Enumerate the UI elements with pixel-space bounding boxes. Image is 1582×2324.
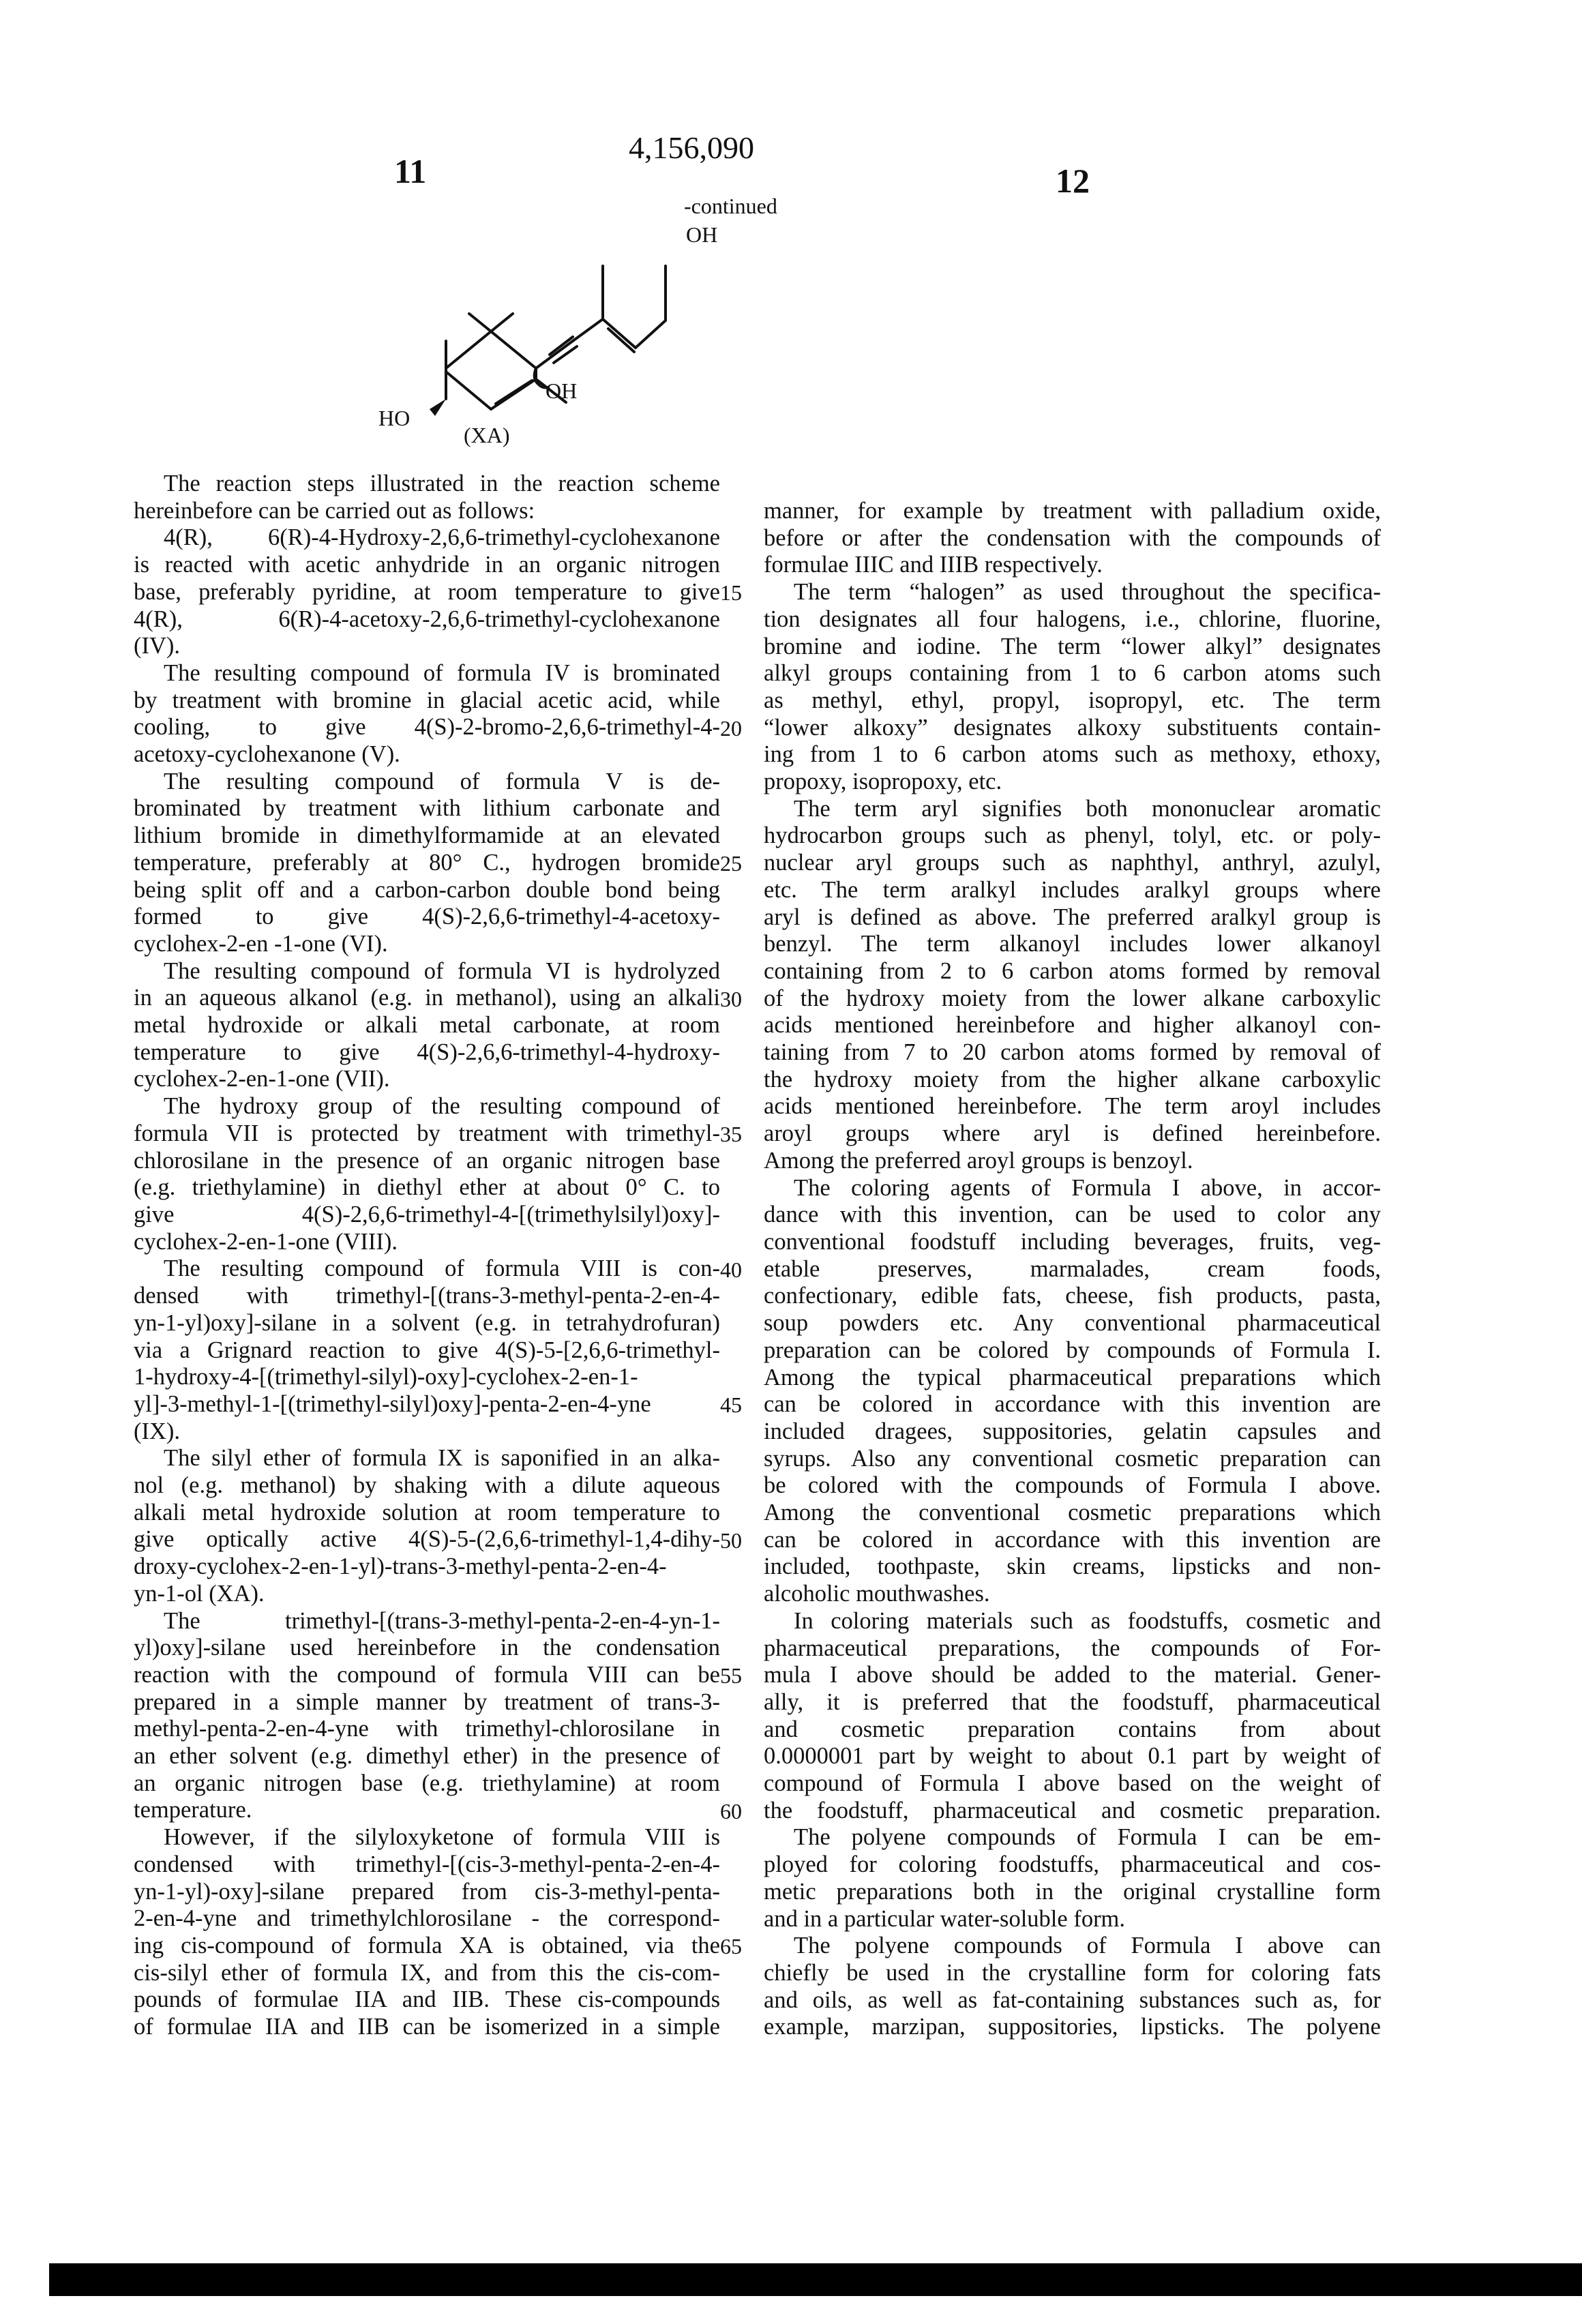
text-line: and in a particular water-soluble form. bbox=[764, 1906, 1381, 1933]
text-line: The coloring agents of Formula I above, … bbox=[764, 1175, 1381, 1202]
text-line: The polyene compounds of Formula I above… bbox=[764, 1933, 1381, 1960]
left-column-text: The reaction steps illustrated in the re… bbox=[134, 471, 720, 2041]
text-line: The polyene compounds of Formula I can b… bbox=[764, 1824, 1381, 1851]
text-line: 4(R), 6(R)-4-acetoxy-2,6,6-trimethyl-cyc… bbox=[134, 606, 720, 634]
text-line: hereinbefore can be carried out as follo… bbox=[134, 498, 720, 525]
text-line: acids mentioned hereinbefore and higher … bbox=[764, 1012, 1381, 1039]
text-line: droxy-cyclohex-2-en-1-yl)-trans-3-methyl… bbox=[134, 1553, 720, 1581]
text-line: an organic nitrogen base (e.g. triethyla… bbox=[134, 1770, 720, 1798]
line-number: 45 bbox=[720, 1392, 742, 1418]
text-line: be colored with the compounds of Formula… bbox=[764, 1472, 1381, 1500]
text-line: containing from 2 to 6 carbon atoms form… bbox=[764, 958, 1381, 985]
scan-border-bar bbox=[49, 2263, 1582, 2296]
text-line: example, marzipan, suppositories, lipsti… bbox=[764, 2014, 1381, 2041]
text-line: alkyl groups containing from 1 to 6 carb… bbox=[764, 660, 1381, 687]
text-line: manner, for example by treatment with pa… bbox=[764, 498, 1381, 525]
text-line: hydrocarbon groups such as phenyl, tolyl… bbox=[764, 822, 1381, 850]
text-line: methyl-penta-2-en-4-yne with trimethyl-c… bbox=[134, 1716, 720, 1743]
text-line: in an aqueous alkanol (e.g. in methanol)… bbox=[134, 985, 720, 1012]
text-line: The resulting compound of formula IV is … bbox=[134, 660, 720, 687]
text-line: tion designates all four halogens, i.e.,… bbox=[764, 606, 1381, 634]
text-line: cyclohex-2-en-1-one (VII). bbox=[134, 1066, 720, 1093]
line-number: 55 bbox=[720, 1663, 742, 1688]
text-line: temperature to give 4(S)-2,6,6-trimethyl… bbox=[134, 1039, 720, 1067]
text-line: yn-1-ol (XA). bbox=[134, 1581, 720, 1608]
text-line: prepared in a simple manner by treatment… bbox=[134, 1689, 720, 1716]
ho-left-label: HO bbox=[378, 406, 410, 431]
text-line: aroyl groups where aryl is defined herei… bbox=[764, 1120, 1381, 1148]
line-number: 65 bbox=[720, 1934, 742, 1959]
text-line: taining from 7 to 20 carbon atoms formed… bbox=[764, 1039, 1381, 1067]
text-line: before or after the condensation with th… bbox=[764, 525, 1381, 552]
text-line: The resulting compound of formula V is d… bbox=[134, 769, 720, 796]
text-line: reaction with the compound of formula VI… bbox=[134, 1662, 720, 1689]
text-line: condensed with trimethyl-[(cis-3-methyl-… bbox=[134, 1851, 720, 1879]
text-line: soup powders etc. Any conventional pharm… bbox=[764, 1310, 1381, 1337]
text-line: included dragees, suppositories, gelatin… bbox=[764, 1418, 1381, 1446]
text-line: lithium bromide in dimethylformamide at … bbox=[134, 822, 720, 850]
text-line: Among the typical pharmaceutical prepara… bbox=[764, 1365, 1381, 1392]
text-line: can be colored in accordance with this i… bbox=[764, 1391, 1381, 1418]
text-line: nuclear aryl groups such as naphthyl, an… bbox=[764, 850, 1381, 877]
oh-top-label: OH bbox=[686, 222, 717, 248]
text-line: metal hydroxide or alkali metal carbonat… bbox=[134, 1012, 720, 1039]
text-line: the hydroxy moiety from the higher alkan… bbox=[764, 1067, 1381, 1094]
text-line: etc. The term aralkyl includes aralkyl g… bbox=[764, 877, 1381, 904]
text-line: yl)oxy]-silane used hereinbefore in the … bbox=[134, 1635, 720, 1662]
text-line: yl]-3-methyl-1-[(trimethyl-silyl)oxy]-pe… bbox=[134, 1391, 720, 1418]
text-line: nol (e.g. methanol) by shaking with a di… bbox=[134, 1472, 720, 1500]
text-line: ally, it is preferred that the foodstuff… bbox=[764, 1689, 1381, 1716]
text-line: 0.0000001 part by weight to about 0.1 pa… bbox=[764, 1743, 1381, 1770]
right-column-text: manner, for example by treatment with pa… bbox=[764, 498, 1381, 2041]
text-line: propoxy, isopropoxy, etc. bbox=[764, 769, 1381, 796]
text-line: included, toothpaste, skin creams, lipst… bbox=[764, 1553, 1381, 1581]
text-line: is reacted with acetic anhydride in an o… bbox=[134, 552, 720, 579]
text-line: The resulting compound of formula VI is … bbox=[134, 958, 720, 985]
text-line: of the hydroxy moiety from the lower alk… bbox=[764, 985, 1381, 1013]
text-line: metic preparations both in the original … bbox=[764, 1879, 1381, 1906]
text-line: benzyl. The term alkanoyl includes lower… bbox=[764, 931, 1381, 958]
left-page-number: 11 bbox=[394, 151, 426, 191]
right-page-number: 12 bbox=[1056, 161, 1090, 200]
text-line: cyclohex-2-en -1-one (VI). bbox=[134, 931, 720, 958]
line-number: 20 bbox=[720, 716, 742, 741]
text-line: can be colored in accordance with this i… bbox=[764, 1527, 1381, 1554]
text-line: an ether solvent (e.g. dimethyl ether) i… bbox=[134, 1743, 720, 1770]
line-number: 25 bbox=[720, 851, 742, 876]
text-line: pounds of formulae IIA and IIB. These ci… bbox=[134, 1986, 720, 2014]
text-line: formula VII is protected by treatment wi… bbox=[134, 1120, 720, 1148]
text-line: etable preserves, marmalades, cream food… bbox=[764, 1256, 1381, 1283]
text-line: via a Grignard reaction to give 4(S)-5-[… bbox=[134, 1337, 720, 1365]
text-line: The reaction steps illustrated in the re… bbox=[134, 471, 720, 498]
text-line: In coloring materials such as foodstuffs… bbox=[764, 1608, 1381, 1635]
text-line: as methyl, ethyl, propyl, isopropyl, etc… bbox=[764, 687, 1381, 715]
text-line: base, preferably pyridine, at room tempe… bbox=[134, 579, 720, 606]
text-line: the foodstuff, pharmaceutical and cosmet… bbox=[764, 1798, 1381, 1825]
text-line: Among the preferred aroyl groups is benz… bbox=[764, 1148, 1381, 1175]
text-line: The hydroxy group of the resulting compo… bbox=[134, 1093, 720, 1120]
line-number: 30 bbox=[720, 987, 742, 1012]
text-line: conventional foodstuff including beverag… bbox=[764, 1229, 1381, 1256]
text-line: temperature. bbox=[134, 1797, 720, 1824]
text-line: cooling, to give 4(S)-2-bromo-2,6,6-trim… bbox=[134, 714, 720, 741]
formula-label-xa: (XA) bbox=[464, 423, 510, 448]
text-line: The resulting compound of formula VIII i… bbox=[134, 1255, 720, 1283]
text-line: compound of Formula I above based on the… bbox=[764, 1770, 1381, 1798]
oh-ring-label: OH bbox=[546, 378, 577, 404]
text-line: chlorosilane in the presence of an organ… bbox=[134, 1148, 720, 1175]
text-line: and oils, as well as fat-containing subs… bbox=[764, 1987, 1381, 2014]
text-line: densed with trimethyl-[(trans-3-methyl-p… bbox=[134, 1283, 720, 1310]
text-line: The silyl ether of formula IX is saponif… bbox=[134, 1445, 720, 1472]
text-line: ployed for coloring foodstuffs, pharmace… bbox=[764, 1851, 1381, 1879]
text-line: alcoholic mouthwashes. bbox=[764, 1581, 1381, 1608]
continued-label: -continued bbox=[684, 194, 777, 219]
text-line: temperature, preferably at 80° C., hydro… bbox=[134, 850, 720, 877]
line-number: 35 bbox=[720, 1122, 742, 1147]
text-line: “lower alkoxy” designates alkoxy substit… bbox=[764, 715, 1381, 742]
line-number: 40 bbox=[720, 1257, 742, 1283]
text-line: confectionary, edible fats, cheese, fish… bbox=[764, 1283, 1381, 1310]
text-line: cis-silyl ether of formula IX, and from … bbox=[134, 1960, 720, 1987]
text-line: yn-1-yl)oxy]-silane in a solvent (e.g. i… bbox=[134, 1310, 720, 1337]
text-line: The trimethyl-[(trans-3-methyl-penta-2-e… bbox=[134, 1608, 720, 1635]
text-line: The term “halogen” as used throughout th… bbox=[764, 579, 1381, 606]
line-number: 15 bbox=[720, 580, 742, 606]
text-line: brominated by treatment with lithium car… bbox=[134, 795, 720, 822]
text-line: by treatment with bromine in glacial ace… bbox=[134, 687, 720, 715]
text-line: The term aryl signifies both mononuclear… bbox=[764, 796, 1381, 823]
text-line: formulae IIIC and IIIB respectively. bbox=[764, 552, 1381, 579]
text-line: ing cis-compound of formula XA is obtain… bbox=[134, 1933, 720, 1960]
text-line: 2-en-4-yne and trimethylchlorosilane - t… bbox=[134, 1905, 720, 1933]
text-line: 1-hydroxy-4-[(trimethyl-silyl)-oxy]-cycl… bbox=[134, 1364, 720, 1391]
text-line: Among the conventional cosmetic preparat… bbox=[764, 1500, 1381, 1527]
text-line: give optically active 4(S)-5-(2,6,6-trim… bbox=[134, 1526, 720, 1553]
text-line: aryl is defined as above. The preferred … bbox=[764, 904, 1381, 932]
text-line: dance with this invention, can be used t… bbox=[764, 1202, 1381, 1229]
text-line: give 4(S)-2,6,6-trimethyl-4-[(trimethyls… bbox=[134, 1202, 720, 1229]
text-line: yn-1-yl)-oxy]-silane prepared from cis-3… bbox=[134, 1879, 720, 1906]
text-line: ing from 1 to 6 carbon atoms such as met… bbox=[764, 741, 1381, 769]
text-line: syrups. Also any conventional cosmetic p… bbox=[764, 1446, 1381, 1473]
text-line: mula I above should be added to the mate… bbox=[764, 1662, 1381, 1689]
text-line: alkali metal hydroxide solution at room … bbox=[134, 1500, 720, 1527]
line-number: 50 bbox=[720, 1528, 742, 1553]
text-line: and cosmetic preparation contains from a… bbox=[764, 1716, 1381, 1744]
text-line: acids mentioned hereinbefore. The term a… bbox=[764, 1093, 1381, 1120]
text-line: of formulae IIA and IIB can be isomerize… bbox=[134, 2014, 720, 2041]
text-line: 4(R), 6(R)-4-Hydroxy-2,6,6-trimethyl-cyc… bbox=[134, 524, 720, 552]
text-line: (e.g. triethylamine) in diethyl ether at… bbox=[134, 1174, 720, 1202]
text-line: (IX). bbox=[134, 1418, 720, 1446]
text-line: However, if the silyloxyketone of formul… bbox=[134, 1824, 720, 1851]
line-number: 60 bbox=[720, 1799, 742, 1824]
text-line: being split off and a carbon-carbon doub… bbox=[134, 877, 720, 904]
text-line: acetoxy-cyclohexanone (V). bbox=[134, 741, 720, 769]
text-line: chiefly be used in the crystalline form … bbox=[764, 1960, 1381, 1987]
text-line: formed to give 4(S)-2,6,6-trimethyl-4-ac… bbox=[134, 904, 720, 931]
text-line: bromine and iodine. The term “lower alky… bbox=[764, 634, 1381, 661]
text-line: preparation can be colored by compounds … bbox=[764, 1337, 1381, 1365]
patent-number: 4,156,090 bbox=[629, 130, 754, 166]
text-line: pharmaceutical preparations, the compoun… bbox=[764, 1635, 1381, 1663]
text-line: cyclohex-2-en-1-one (VIII). bbox=[134, 1229, 720, 1256]
text-line: (IV). bbox=[134, 633, 720, 660]
